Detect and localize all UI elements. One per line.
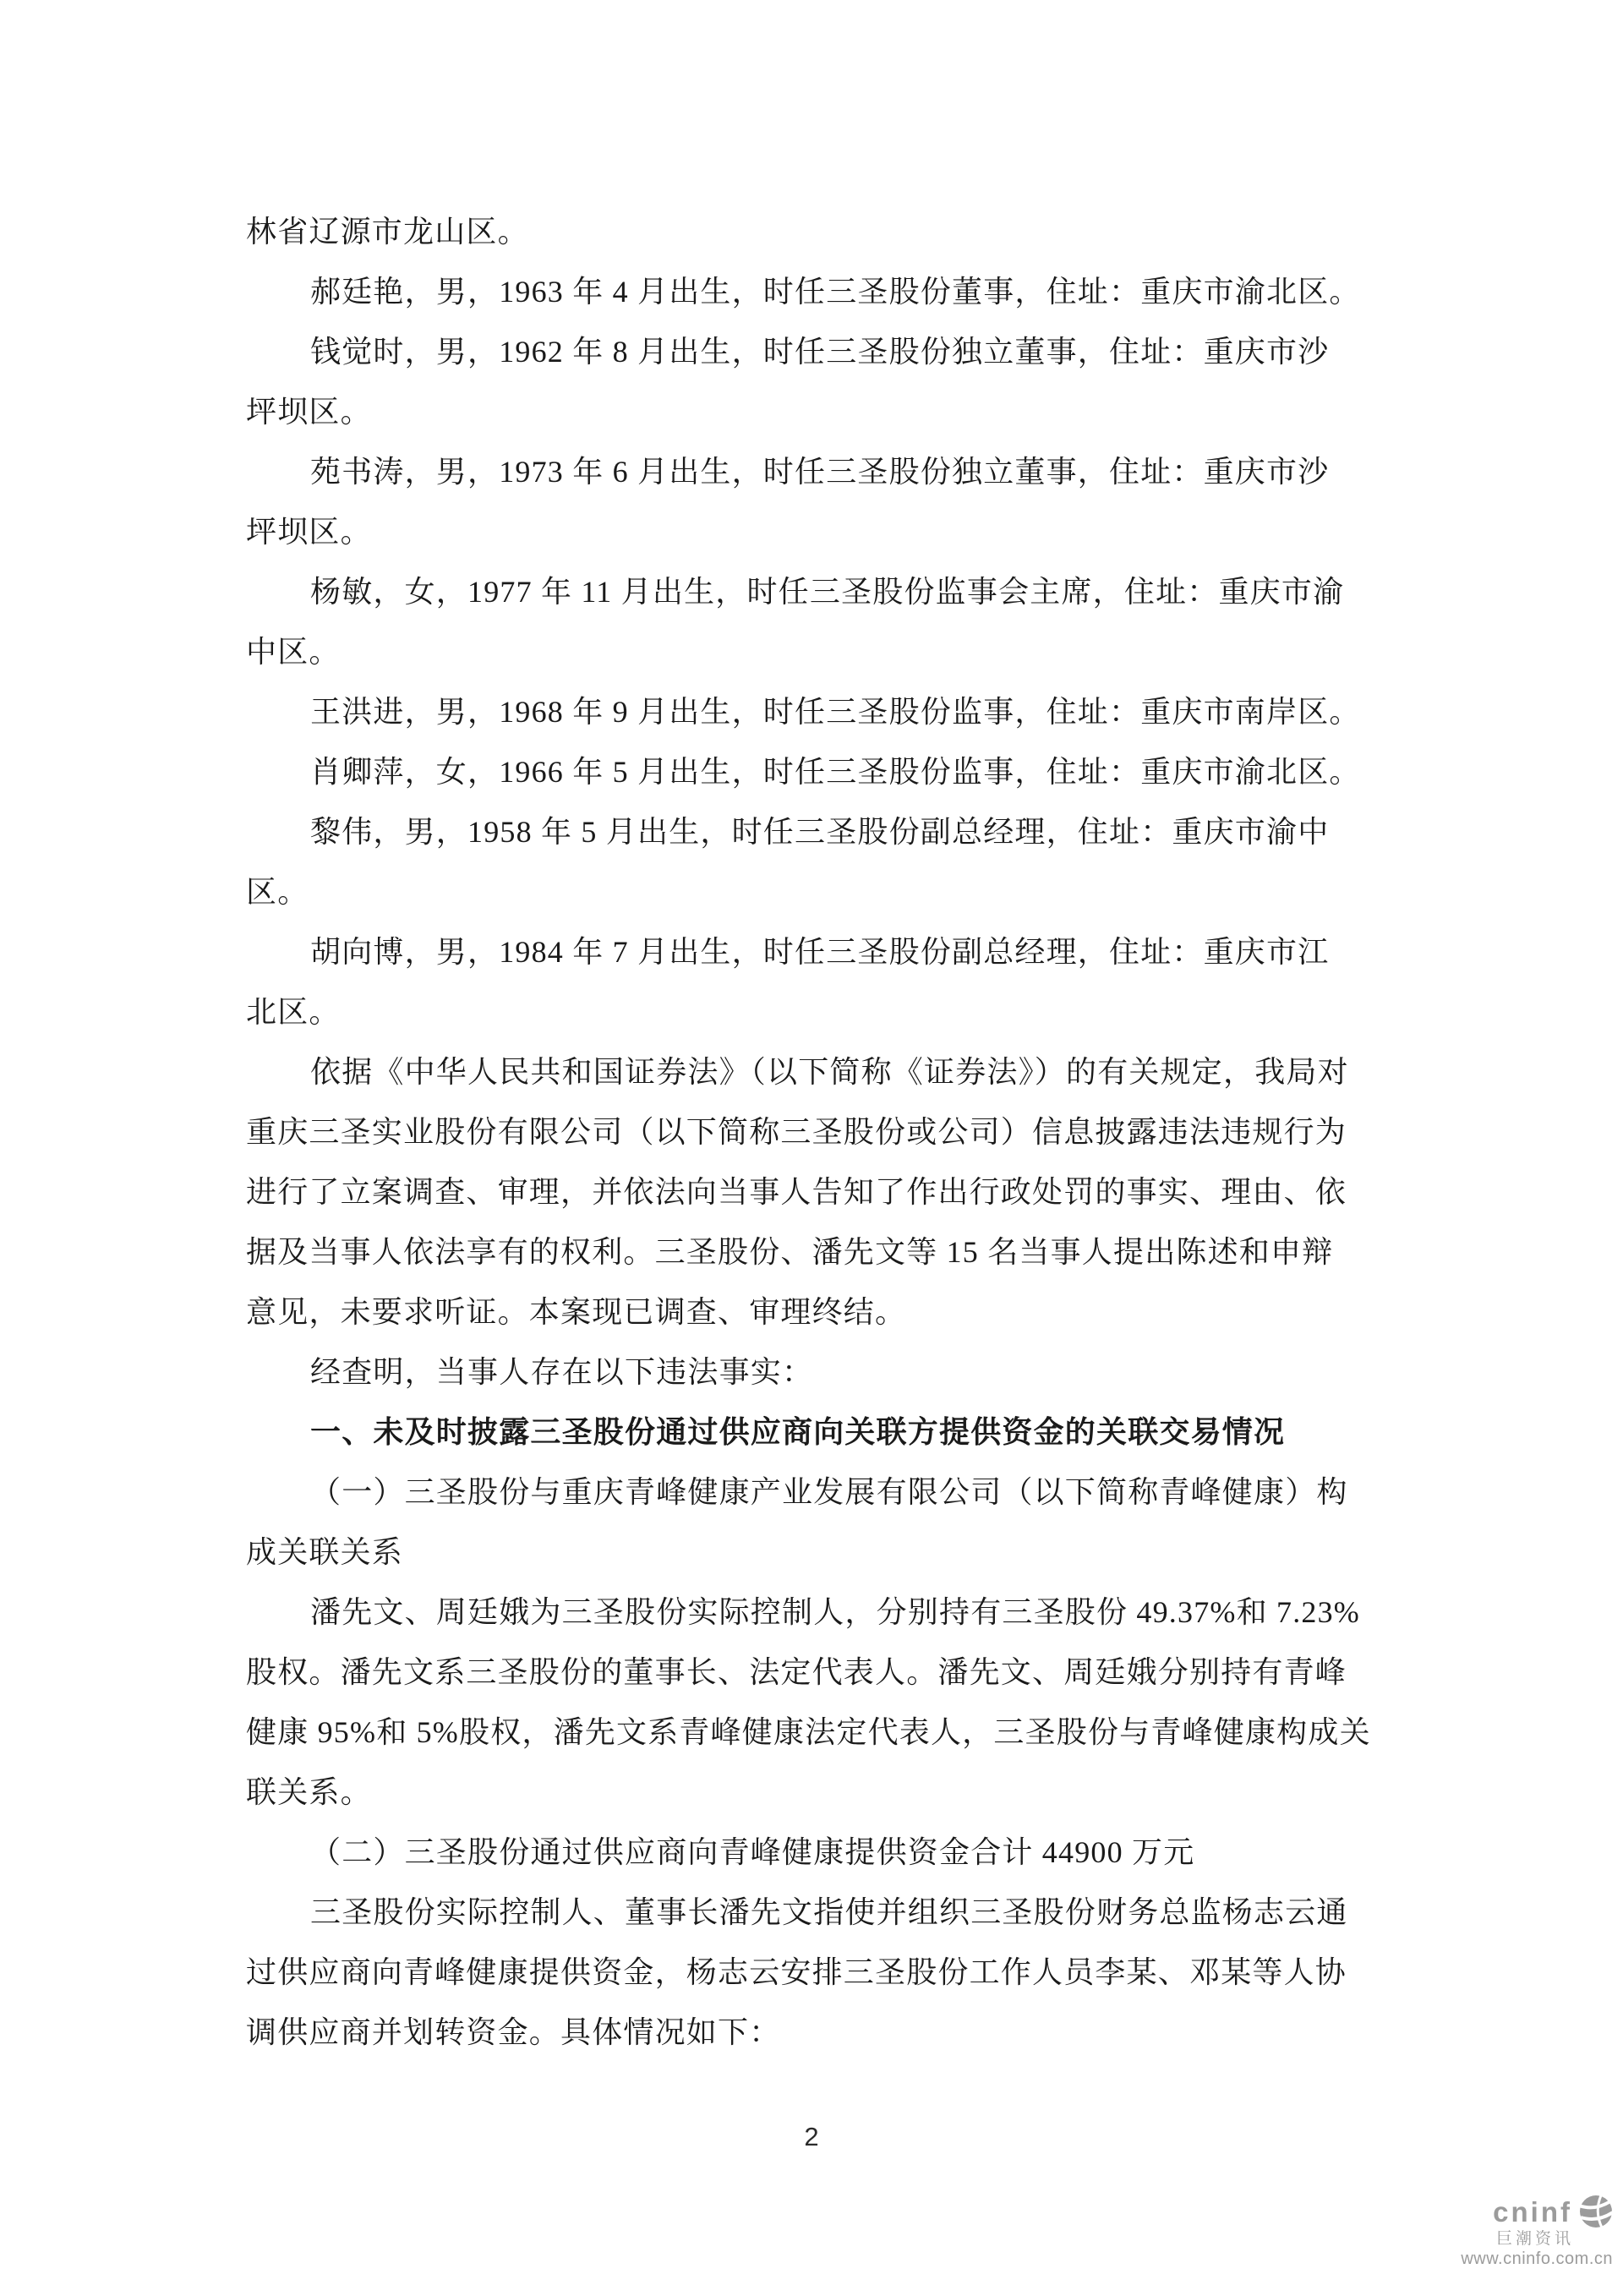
text-line: 王洪进，男，1968 年 9 月出生，时任三圣股份监事，住址：重庆市南岸区。 [246, 682, 1389, 742]
text-line: 坪坝区。 [246, 502, 1389, 562]
text-line: 依据《中华人民共和国证券法》（以下简称《证券法》）的有关规定，我局对 [246, 1042, 1389, 1102]
text-line: （一）三圣股份与重庆青峰健康产业发展有限公司（以下简称青峰健康）构 [246, 1462, 1389, 1522]
text-line: 据及当事人依法享有的权利。三圣股份、潘先文等 15 名当事人提出陈述和申辩 [246, 1222, 1389, 1282]
text-line: 中区。 [246, 622, 1389, 682]
page-number: 2 [0, 2122, 1623, 2152]
cninfo-brand-cn: 巨潮资讯 [1461, 2231, 1613, 2247]
text-line: 苑书涛，男，1973 年 6 月出生，时任三圣股份独立董事，住址：重庆市沙 [246, 442, 1389, 502]
document-page: { "page": { "number": "2" }, "document":… [0, 0, 1623, 2296]
text-line: 三圣股份实际控制人、董事长潘先文指使并组织三圣股份财务总监杨志云通 [246, 1883, 1389, 1943]
text-line: 坪坝区。 [246, 382, 1389, 442]
text-line: 联关系。 [246, 1763, 1389, 1823]
text-line: 过供应商向青峰健康提供资金，杨志云安排三圣股份工作人员李某、邓某等人协 [246, 1943, 1389, 2003]
document-body: 林省辽源市龙山区。 郝廷艳，男，1963 年 4 月出生，时任三圣股份董事，住址… [246, 202, 1389, 2063]
cninfo-url: www.cninfo.com.cn [1461, 2250, 1613, 2267]
text-line: 区。 [246, 862, 1389, 922]
text-line: 重庆三圣实业股份有限公司（以下简称三圣股份或公司）信息披露违法违规行为 [246, 1102, 1389, 1162]
text-line: 郝廷艳，男，1963 年 4 月出生，时任三圣股份董事，住址：重庆市渝北区。 [246, 262, 1389, 322]
text-line: 经查明，当事人存在以下违法事实： [246, 1342, 1389, 1402]
text-line: 成关联关系 [246, 1522, 1389, 1583]
cninfo-logo: cninf [1461, 2195, 1613, 2228]
text-line: 调供应商并划转资金。具体情况如下： [246, 2003, 1389, 2063]
text-line: 肖卿萍，女，1966 年 5 月出生，时任三圣股份监事，住址：重庆市渝北区。 [246, 742, 1389, 802]
cninfo-watermark: cninf 巨潮资讯 www.cninfo.com.cn [1461, 2195, 1613, 2267]
text-line: 北区。 [246, 982, 1389, 1042]
subsection-heading: （二）三圣股份通过供应商向青峰健康提供资金合计 44900 万元 [246, 1823, 1389, 1883]
text-line: 林省辽源市龙山区。 [246, 202, 1389, 262]
text-line: 股权。潘先文系三圣股份的董事长、法定代表人。潘先文、周廷娥分别持有青峰 [246, 1643, 1389, 1703]
text-line: 健康 95%和 5%股权，潘先文系青峰健康法定代表人，三圣股份与青峰健康构成关 [246, 1703, 1389, 1763]
text-line: 进行了立案调查、审理，并依法向当事人告知了作出行政处罚的事实、理由、依 [246, 1162, 1389, 1222]
text-line: 杨敏，女，1977 年 11 月出生，时任三圣股份监事会主席，住址：重庆市渝 [246, 562, 1389, 622]
text-line: 潘先文、周廷娥为三圣股份实际控制人，分别持有三圣股份 49.37%和 7.23% [246, 1583, 1389, 1643]
text-line: 钱觉时，男，1962 年 8 月出生，时任三圣股份独立董事，住址：重庆市沙 [246, 322, 1389, 382]
cninfo-globe-icon [1579, 2195, 1613, 2228]
text-line: 胡向博，男，1984 年 7 月出生，时任三圣股份副总经理，住址：重庆市江 [246, 922, 1389, 982]
text-line: 黎伟，男，1958 年 5 月出生，时任三圣股份副总经理，住址：重庆市渝中 [246, 802, 1389, 862]
section-heading: 一、未及时披露三圣股份通过供应商向关联方提供资金的关联交易情况 [246, 1402, 1389, 1462]
cninfo-brand-text: cninf [1493, 2198, 1572, 2226]
text-line: 意见，未要求听证。本案现已调查、审理终结。 [246, 1282, 1389, 1342]
